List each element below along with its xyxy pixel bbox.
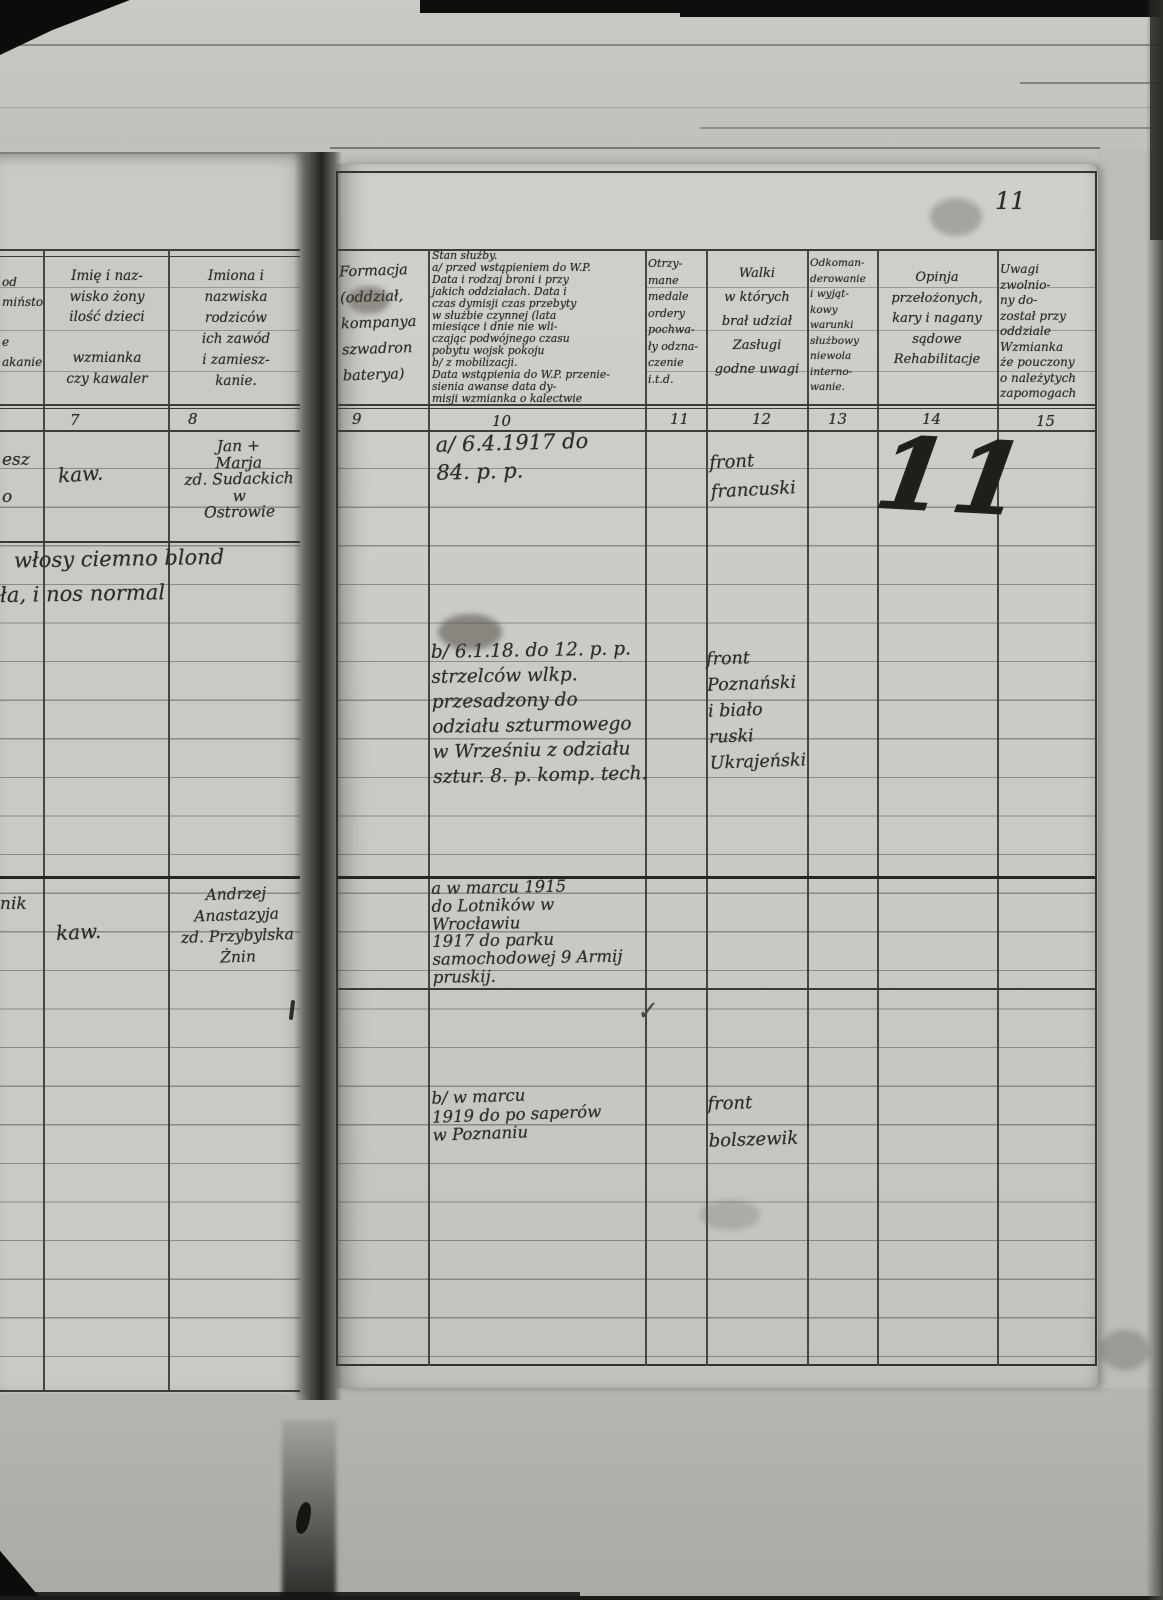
entry1-battles: front francuski: [709, 443, 812, 506]
paper-stain: [1100, 1330, 1150, 1370]
scanned-register-page: od miństo e akanie Imię i naz- wisko żon…: [0, 0, 1163, 1600]
entry4-service-record: b/ w marcu 1919 do po saperów w Poznaniu: [431, 1082, 648, 1145]
header-col12: Walki w których brał udział Zasługi godn…: [709, 262, 805, 382]
paper-stain: [700, 1200, 760, 1230]
entry1-service-record: a/ 6.4.1917 do 84. p. p.: [435, 425, 646, 486]
number-row-rule: [0, 430, 300, 432]
entry3-service-record: a w marcu 1915 do Lotników w Wrocławiu 1…: [431, 876, 648, 987]
table-border-bottom: [0, 1390, 300, 1392]
row1-description-note2: ła, i nos normal: [0, 578, 240, 608]
paper-stain: [930, 198, 982, 236]
row2-marital-status: kaw.: [55, 919, 101, 946]
header-col15: Uwagi zwolnio- ny do- został przy oddzia…: [1000, 262, 1095, 402]
scan-line: [1020, 82, 1163, 84]
header-col11: Otrzy- mane medale ordery pochwa- ły odz…: [648, 256, 704, 388]
page-number: 11: [995, 186, 1026, 216]
scan-line: [700, 127, 1163, 129]
header-col9: Formacja (oddział, kompanya szwadron bat…: [339, 257, 427, 390]
row2-parents: Andrzej Anastazyja zd. Przybylska Żnin: [171, 882, 304, 970]
header-col10: Stan służby. a/ przed wstąpieniem do W.P…: [432, 250, 644, 405]
row1-marital-status: kaw.: [57, 460, 104, 488]
scanner-edge-bottom: [0, 1596, 1163, 1600]
column-number-9: 9: [352, 410, 362, 429]
header-col8: Imiona i nazwiska rodziców ich zawód i z…: [174, 266, 298, 392]
header-col13: Odkoman- derowanie i wyjąt- kowy warunki…: [810, 256, 876, 396]
big-row-number: 11: [869, 414, 1040, 541]
table-border-top: [337, 171, 1097, 173]
scanner-edge-right: [1146, 0, 1163, 1600]
number-row-rule: [0, 404, 300, 406]
header-top-rule: [0, 256, 300, 257]
row1-parents: Jan + Marja zd. Sudackich w Ostrowie: [175, 437, 302, 522]
scan-line: [0, 107, 1163, 108]
header-col6-fragment: od miństo e akanie: [2, 272, 42, 372]
scan-bottom-margin: [0, 1388, 1163, 1600]
row2-col6-fragment: nik: [0, 894, 27, 915]
stray-check-mark: ✓: [634, 995, 658, 1028]
gutter-shadow: [294, 152, 342, 1400]
entry2-battles: front Poznański i biało ruski Ukrajeński: [706, 643, 810, 776]
ink-smudge: [438, 614, 502, 650]
entry4-battles: front bolszewik: [707, 1082, 810, 1159]
scan-line: [0, 44, 1163, 46]
underlying-sheet-edge: [330, 147, 1100, 149]
scanner-edge-right-dark: [1150, 0, 1163, 240]
scanner-edge-top: [680, 0, 1163, 17]
column-number-11: 11: [670, 410, 689, 429]
header-top-rule: [0, 249, 300, 251]
column-number-7: 7: [70, 411, 80, 430]
row1-description-note: włosy ciemno blond: [14, 543, 300, 574]
row1-col6-fragment: esz o: [2, 442, 30, 516]
header-col7: Imię i naz- wisko żony ilość dzieci wzmi…: [48, 266, 166, 389]
gutter-bottom-shadow: [282, 1420, 336, 1600]
column-number-12: 12: [752, 410, 771, 429]
column-number-13: 13: [828, 410, 847, 429]
entry2-service-record: b/ 6.1.18. do 12. p. p. strzelców wlkp. …: [431, 636, 649, 790]
scan-top-margin: [0, 0, 1163, 166]
column-number-8: 8: [188, 410, 198, 429]
number-row-rule: [337, 408, 1097, 409]
ink-smudge: [348, 286, 390, 314]
number-row-rule: [0, 408, 300, 409]
header-col14: Opinja przełożonych, kary i nagany sądow…: [879, 268, 995, 371]
